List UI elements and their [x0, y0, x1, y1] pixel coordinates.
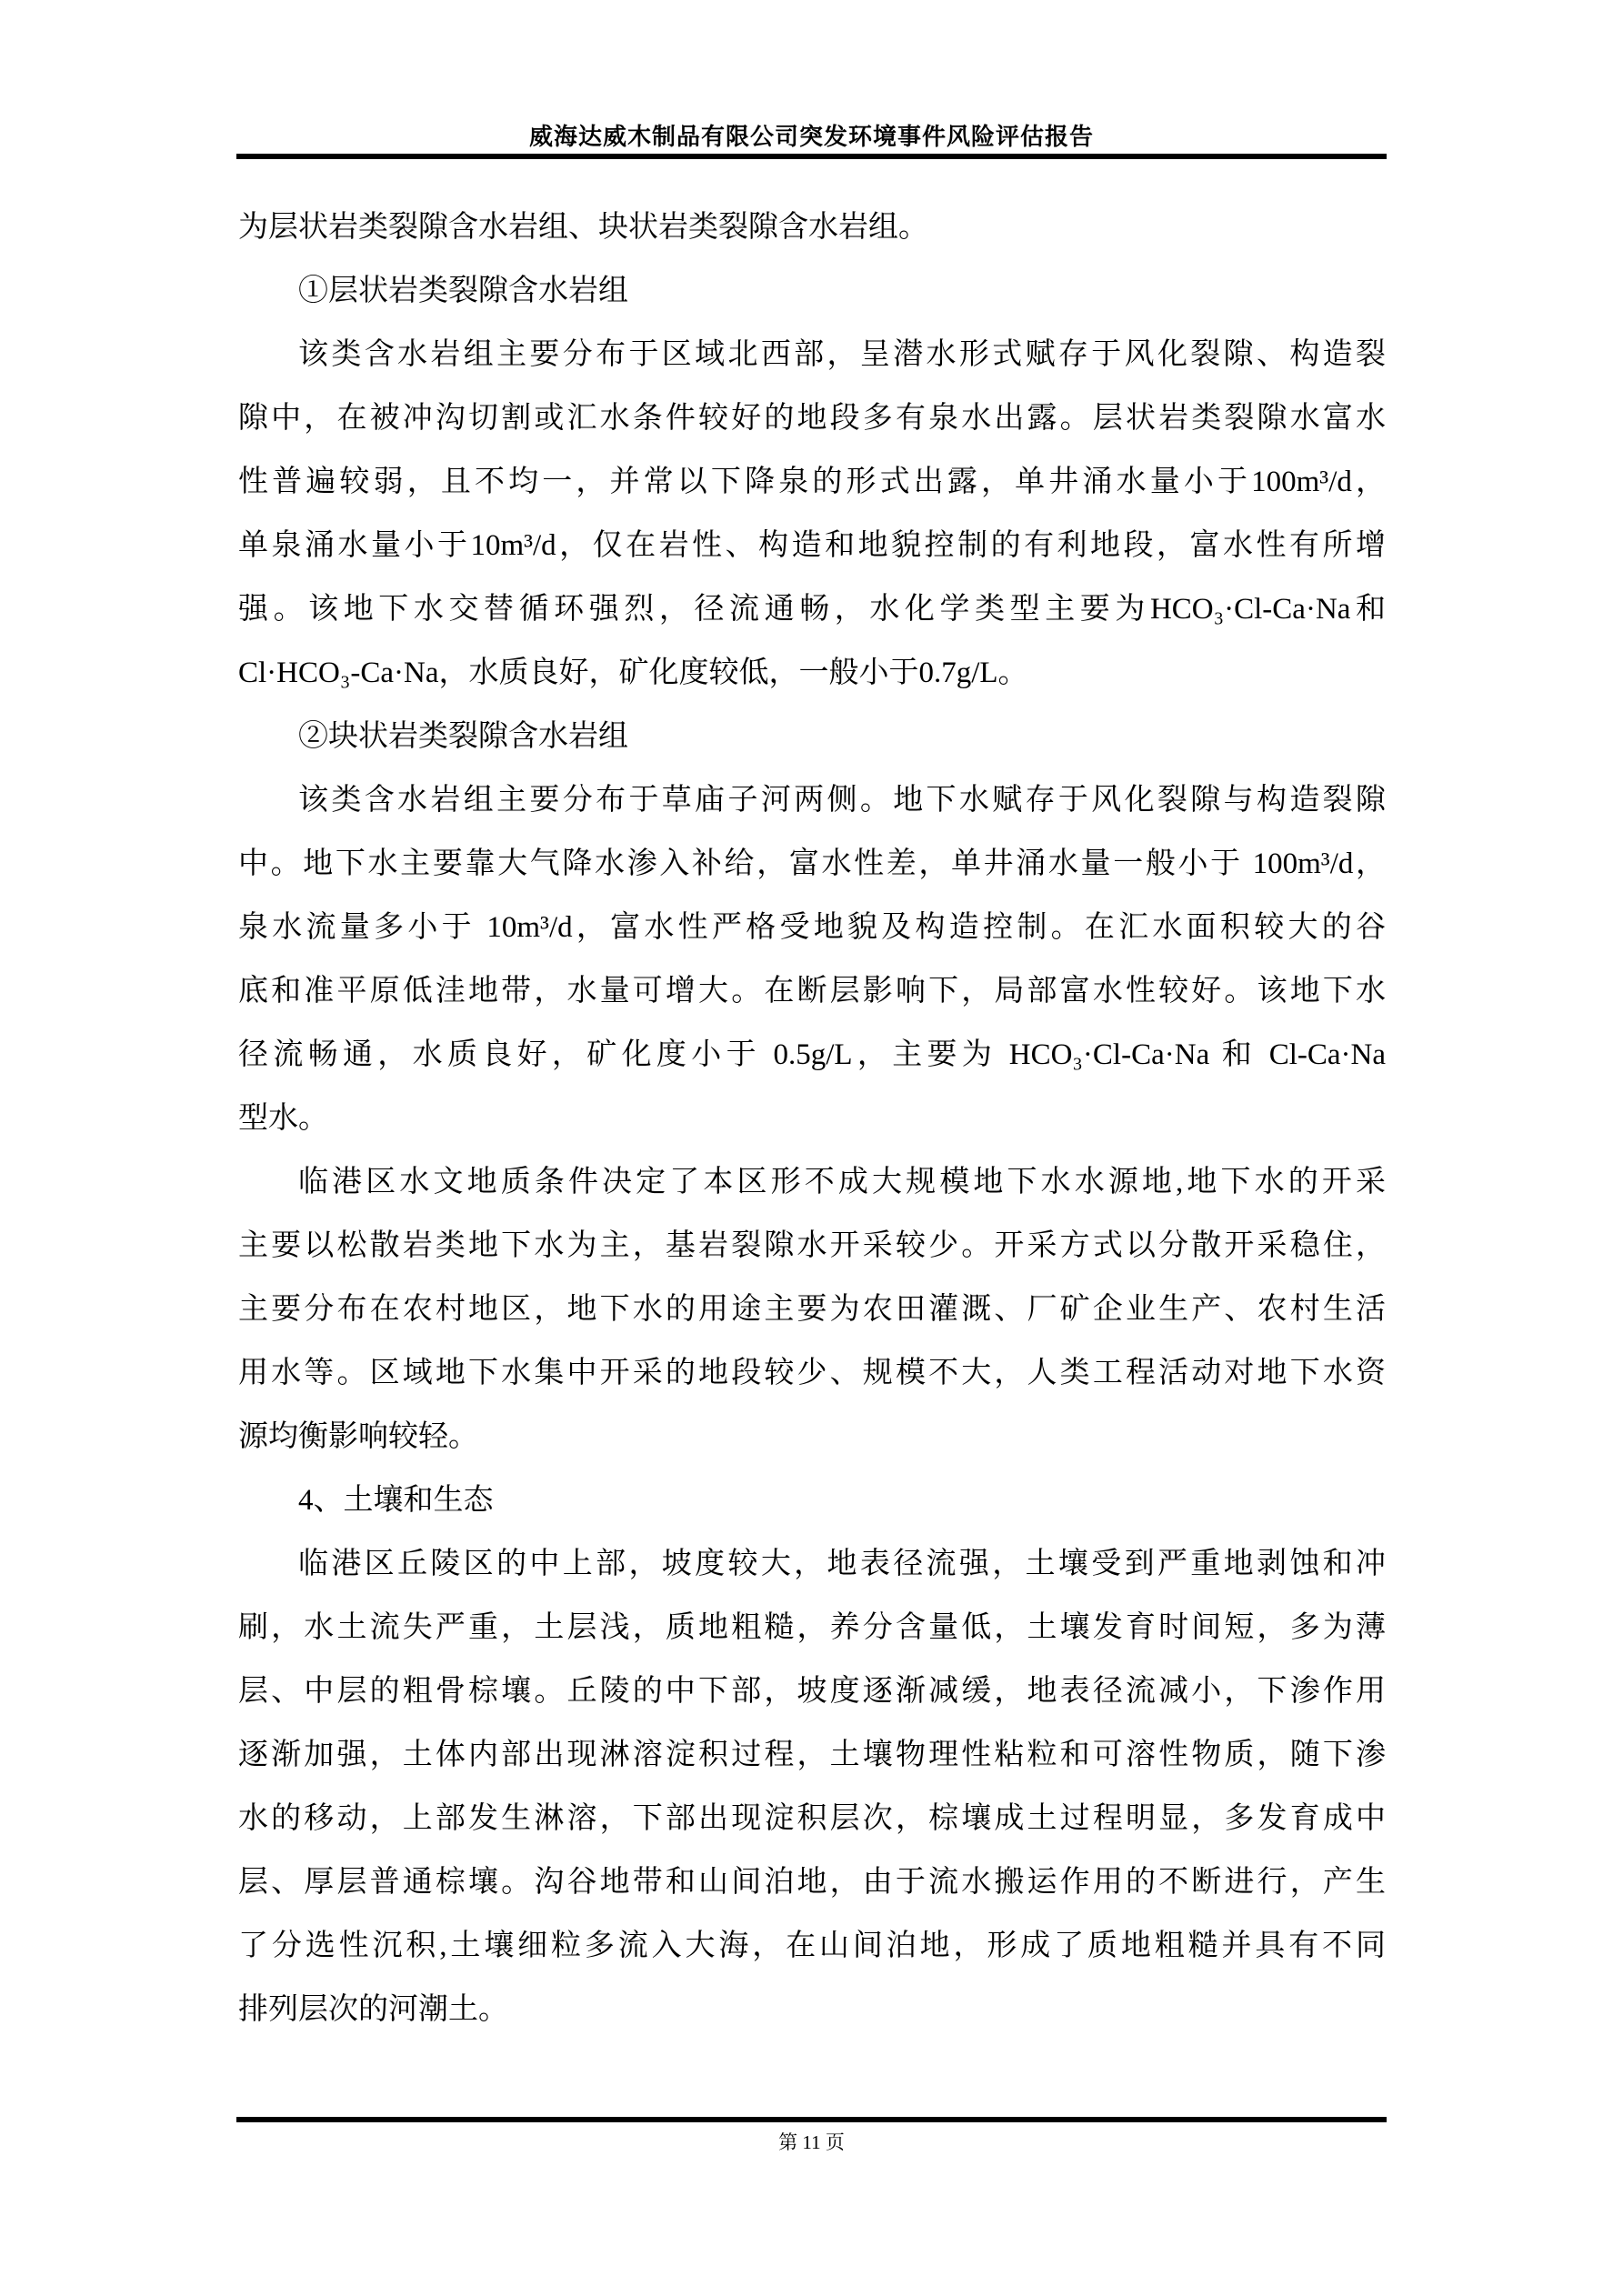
- page-header-title: 威海达威木制品有限公司突发环境事件风险评估报告: [236, 118, 1387, 152]
- text-line: 型水。: [238, 1087, 1386, 1150]
- text-line: Cl·HCO₃-Ca·Na，水质良好，矿化度较低，一般小于0.7g/L。: [238, 641, 1386, 705]
- text-line: 性普遍较弱，且不均一，并常以下降泉的形式出露，单井涌水量小于100m³/d，: [238, 450, 1386, 514]
- text-line: 泉水流量多小于 10m³/d，富水性严格受地貌及构造控制。在汇水面积较大的谷: [238, 896, 1386, 959]
- text-line: 主要分布在农村地区，地下水的用途主要为农田灌溉、厂矿企业生产、农村生活: [238, 1278, 1386, 1341]
- footer-rule: [236, 2117, 1387, 2122]
- text-line: 排列层次的河潮土。: [238, 1978, 1386, 2041]
- text-line: 逐渐加强，土体内部出现淋溶淀积过程，土壤物理性粘粒和可溶性物质，随下渗: [238, 1723, 1386, 1787]
- text-line: 源均衡影响较轻。: [238, 1405, 1386, 1469]
- text-line: 为层状岩类裂隙含水岩组、块状岩类裂隙含水岩组。: [238, 196, 1386, 259]
- text-line: 中。地下水主要靠大气降水渗入补给，富水性差，单井涌水量一般小于 100m³/d，: [238, 832, 1386, 896]
- text-line: 主要以松散岩类地下水为主，基岩裂隙水开采较少。开采方式以分散开采稳住，: [238, 1214, 1386, 1278]
- text-line: 该类含水岩组主要分布于草庙子河两侧。地下水赋存于风化裂隙与构造裂隙: [238, 768, 1386, 832]
- text-line: 该类含水岩组主要分布于区域北西部，呈潜水形式赋存于风化裂隙、构造裂: [238, 323, 1386, 386]
- text-line: ②块状岩类裂隙含水岩组: [238, 705, 1386, 768]
- text-line: 径流畅通，水质良好，矿化度小于 0.5g/L，主要为 HCO₃·Cl-Ca·Na…: [238, 1023, 1386, 1087]
- text-line: 4、土壤和生态: [238, 1469, 1386, 1532]
- page-number: 第 11 页: [236, 2128, 1387, 2155]
- text-line: 层、厚层普通棕壤。沟谷地带和山间泊地，由于流水搬运作用的不断进行，产生: [238, 1850, 1386, 1914]
- header-rule: [236, 154, 1387, 159]
- text-line: 层、中层的粗骨棕壤。丘陵的中下部，坡度逐渐减缓，地表径流减小，下渗作用: [238, 1659, 1386, 1723]
- text-line: 单泉涌水量小于10m³/d，仅在岩性、构造和地貌控制的有利地段，富水性有所增: [238, 514, 1386, 577]
- text-line: 刷，水土流失严重，土层浅，质地粗糙，养分含量低，土壤发育时间短，多为薄: [238, 1596, 1386, 1659]
- text-line: 底和准平原低洼地带，水量可增大。在断层影响下，局部富水性较好。该地下水: [238, 959, 1386, 1023]
- text-line: 临港区水文地质条件决定了本区形不成大规模地下水水源地,地下水的开采: [238, 1150, 1386, 1214]
- text-line: 临港区丘陵区的中上部，坡度较大，地表径流强，土壤受到严重地剥蚀和冲: [238, 1532, 1386, 1596]
- text-line: 水的移动，上部发生淋溶，下部出现淀积层次，棕壤成土过程明显，多发育成中: [238, 1787, 1386, 1850]
- text-line: 用水等。区域地下水集中开采的地段较少、规模不大，人类工程活动对地下水资: [238, 1341, 1386, 1405]
- document-page: 威海达威木制品有限公司突发环境事件风险评估报告 为层状岩类裂隙含水岩组、块状岩类…: [0, 0, 1623, 2296]
- text-line: 隙中，在被冲沟切割或汇水条件较好的地段多有泉水出露。层状岩类裂隙水富水: [238, 386, 1386, 450]
- text-line: 了分选性沉积,土壤细粒多流入大海，在山间泊地，形成了质地粗糙并具有不同: [238, 1914, 1386, 1978]
- document-body: 为层状岩类裂隙含水岩组、块状岩类裂隙含水岩组。①层状岩类裂隙含水岩组该类含水岩组…: [238, 196, 1386, 2041]
- text-line: ①层状岩类裂隙含水岩组: [238, 259, 1386, 323]
- text-line: 强。该地下水交替循环强烈，径流通畅，水化学类型主要为HCO₃·Cl-Ca·Na和: [238, 577, 1386, 641]
